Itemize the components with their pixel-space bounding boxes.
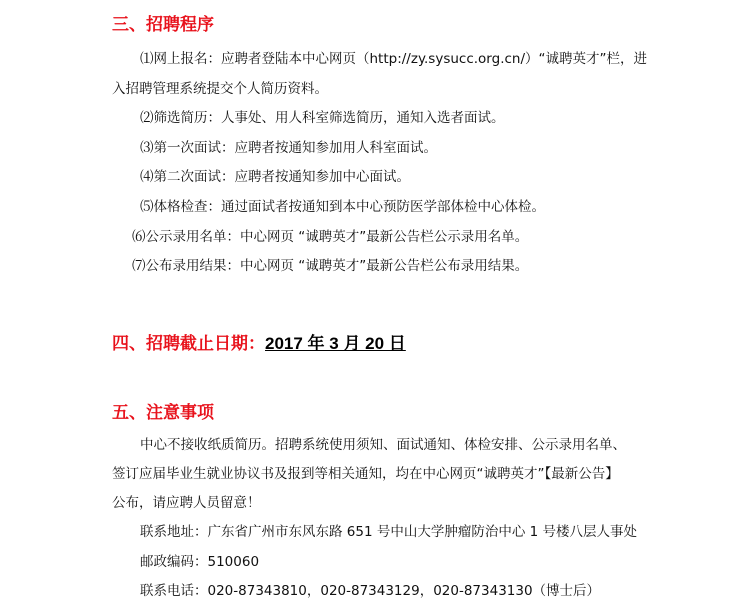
step-6: ⑹公示录用名单：中心网页 “诚聘英才”最新公告栏公示录用名单。: [132, 228, 528, 246]
step-4: ⑷第二次面试：应聘者按通知参加中心面试。: [140, 168, 410, 186]
deadline-label: 四、招聘截止日期：: [112, 334, 265, 354]
notes-paragraph-line-3: 公布，请应聘人员留意！: [112, 494, 261, 512]
section-heading-notes: 五、注意事项: [112, 398, 214, 423]
document-page: 三、招聘程序 ⑴网上报名：应聘者登陆本中心网页（http://zy.sysucc…: [0, 0, 750, 610]
deadline-date: 2017 年 3 月 20 日: [265, 334, 406, 353]
step-2: ⑵筛选简历：人事处、用人科室筛选简历，通知入选者面试。: [140, 109, 505, 127]
section-heading-procedure: 三、招聘程序: [112, 10, 214, 35]
step-1-line-1: ⑴网上报名：应聘者登陆本中心网页（http://zy.sysucc.org.cn…: [140, 50, 647, 68]
notes-paragraph-line-1: 中心不接收纸质简历。招聘系统使用须知、面试通知、体检安排、公示录用名单、: [140, 436, 626, 454]
step-5: ⑸体格检查：通过面试者按通知到本中心预防医学部体检中心体检。: [140, 198, 545, 216]
contact-postcode: 邮政编码：510060: [140, 553, 259, 571]
step-7: ⑺公布录用结果：中心网页 “诚聘英才”最新公告栏公布录用结果。: [132, 257, 528, 275]
step-1-line-2: 入招聘管理系统提交个人简历资料。: [112, 80, 328, 98]
contact-address: 联系地址：广东省广州市东风东路 651 号中山大学肿瘤防治中心 1 号楼八层人事…: [140, 523, 637, 541]
section-heading-deadline: 四、招聘截止日期：2017 年 3 月 20 日: [112, 329, 406, 354]
step-3: ⑶第一次面试：应聘者按通知参加用人科室面试。: [140, 139, 437, 157]
notes-paragraph-line-2: 签订应届毕业生就业协议书及报到等相关通知，均在中心网页“诚聘英才”【最新公告】: [112, 465, 619, 483]
contact-phone: 联系电话：020-87343810，020-87343129，020-87343…: [140, 582, 600, 600]
